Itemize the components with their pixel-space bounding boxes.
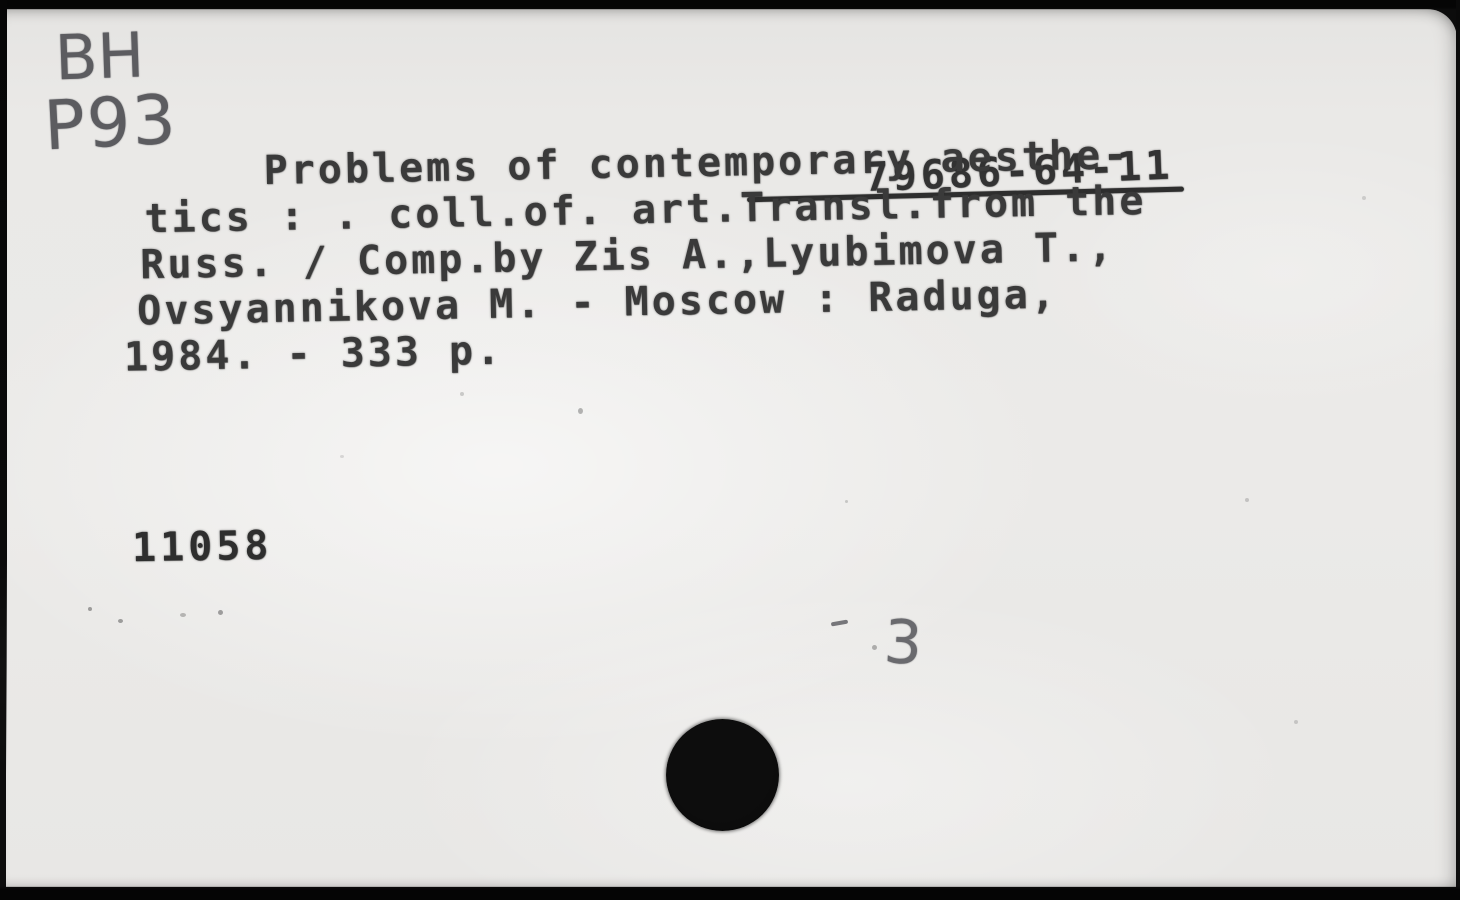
paper-speck — [180, 613, 186, 617]
scan-border-right — [1456, 0, 1460, 900]
paper-speck — [1294, 720, 1298, 724]
bibliographic-entry: Problems of contemporary aesthe- tics : … — [100, 118, 1285, 400]
scan-border-left — [0, 0, 7, 900]
hole-punch-dot — [666, 719, 779, 831]
paper-speck — [872, 645, 877, 650]
paper-speck — [218, 610, 223, 615]
paper-speck — [118, 619, 123, 623]
paper-speck — [578, 408, 583, 414]
scan-border-bottom — [0, 886, 1460, 900]
scan-border-top — [0, 0, 1460, 10]
handwritten-number: 3 — [882, 612, 923, 674]
accession-number: 11058 — [132, 526, 273, 568]
paper-speck — [340, 455, 344, 458]
paper-speck — [460, 392, 464, 396]
paper-speck — [1245, 498, 1249, 502]
paper-speck — [845, 500, 848, 503]
paper-speck — [1362, 196, 1366, 200]
call-number-class: BH — [54, 24, 145, 89]
scanned-catalog-card: BH P93 79686-64-11 Problems of contempor… — [0, 0, 1460, 900]
paper-speck — [88, 607, 92, 611]
entry-line-collation: 1984. - 333 p. — [124, 331, 504, 378]
